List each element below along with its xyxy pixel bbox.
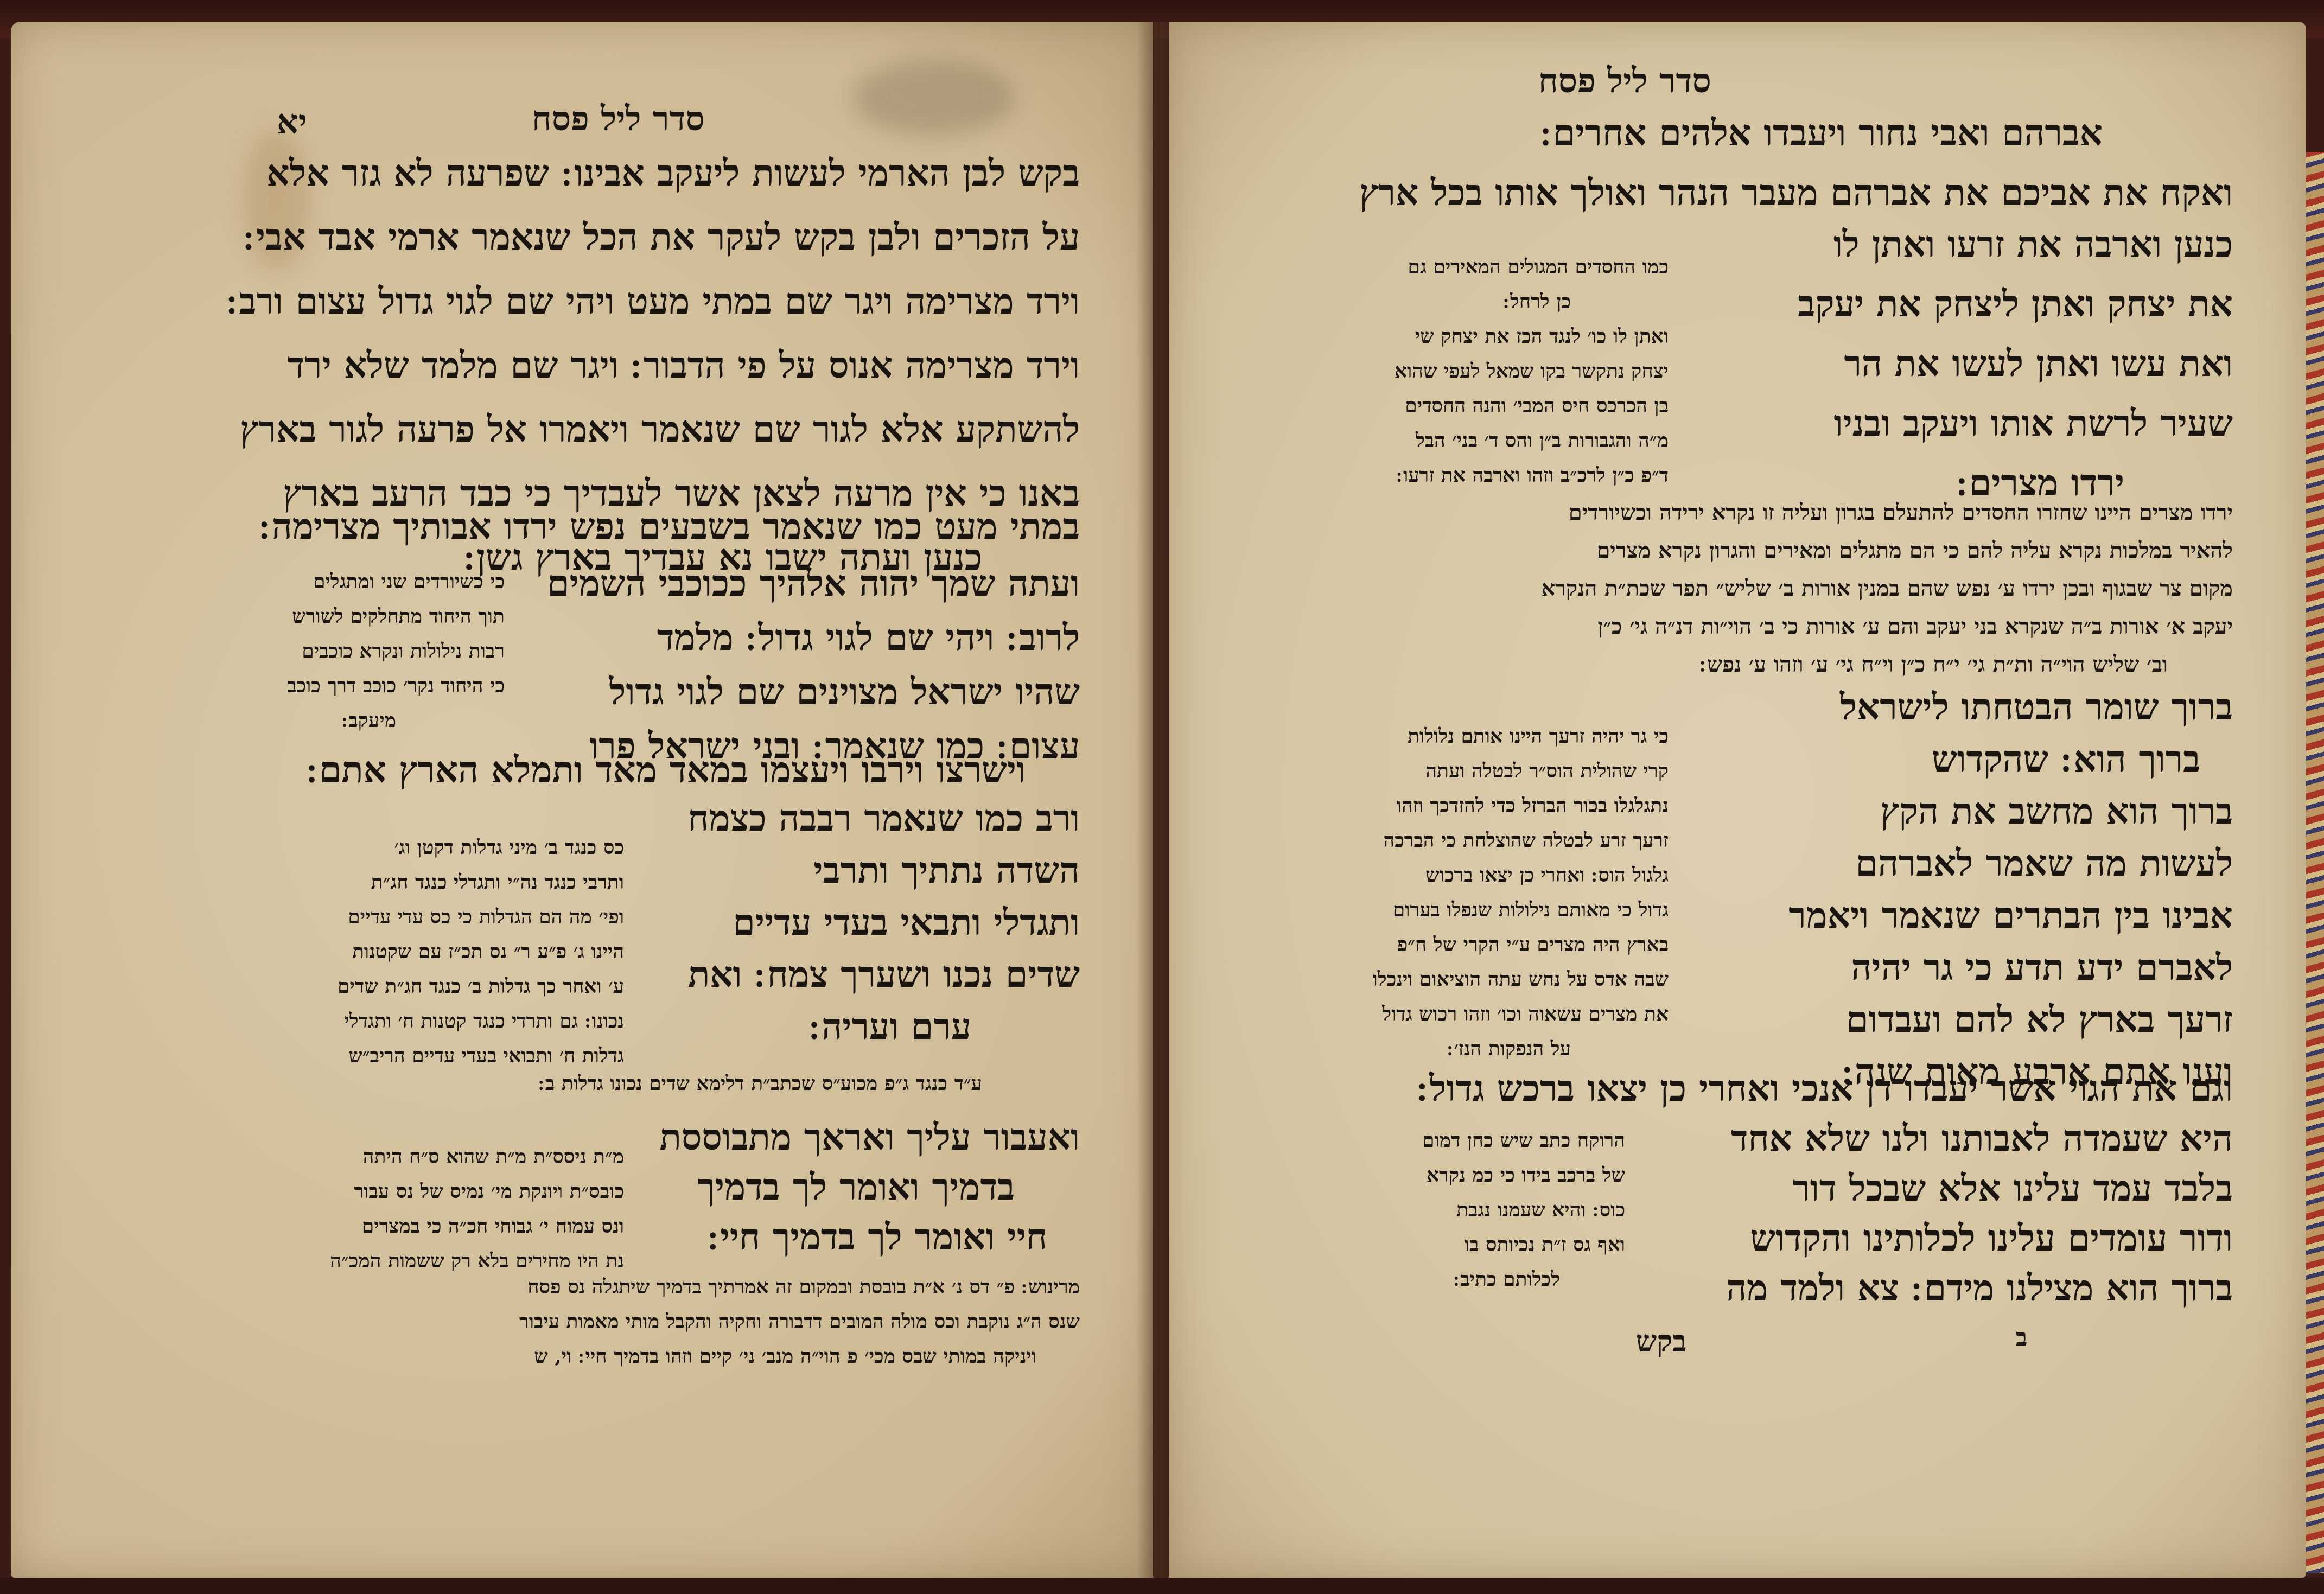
text-line: על הזכרים ולבן בקש לעקר את הכל שנאמר ארמ… — [190, 205, 1080, 269]
text-line: אברהם ואבי נחור ויעבדו אלהים אחרים ׃ — [1289, 103, 2233, 163]
comment-line: גלגול הוס ׃ ואחרי כן יצאו ברכוש — [1289, 858, 1669, 892]
text-line: וירד מצרימה אנוס על פי הדבור ׃ ויגר שם מ… — [190, 333, 1080, 397]
open-book: יא סדר ליל פסח בקש לבן הארמי לעשות ליעקב… — [0, 0, 2324, 1594]
comment-line: כס כנגד ב׳ מיני גדלות דקטן וג׳ — [190, 830, 624, 865]
comment-line: לכלותם כתיב ׃ — [1289, 1262, 1625, 1297]
main-text-block-2: במתי מעט כמו שנאמר בשבעים נפש ירדו אבותי… — [190, 499, 1080, 553]
main-text-block-3a: וגם את הגוי אשר יעבדו דן אנכי ואחרי כן י… — [1348, 1063, 2233, 1113]
main-text-block-3: ורב כמו שנאמר רבבה כצמח השדה נתתיך ותרבי… — [635, 792, 1080, 1053]
comment-line: מרינוש ׃ פ״ דס נ׳ א״ת בובסת ובמקום זה אמ… — [190, 1270, 1080, 1304]
comment-line: מ״ת ניסס״ת מ״ת שהוא ס״ח היתה — [190, 1139, 624, 1174]
comment-line: ויניקה במותי שבס מכי׳ פ הוי״ה מנב׳ ני׳ ק… — [190, 1339, 1080, 1374]
running-head: סדר ליל פסח — [1538, 61, 1711, 101]
text-line: וירד מצרימה ויגר שם במתי מעט ויהי שם לגו… — [190, 269, 1080, 333]
comment-line: זרעך זרע לבטלה שהוצלחת כי הברכה — [1289, 823, 1669, 858]
text-line: לאברם ידע תדע כי גר יהיה — [1679, 941, 2233, 993]
text-line: וגם את הגוי אשר יעבדו דן אנכי ואחרי כן י… — [1348, 1063, 2233, 1113]
comment-line: רבות נילולות ונקרא כוכבים — [190, 634, 505, 668]
comment-line: הרוקח כתב שיש כחן דמום — [1289, 1123, 1625, 1158]
main-text-block-1: אברהם ואבי נחור ויעבדו אלהים אחרים ׃ ואק… — [1289, 103, 2233, 222]
text-line: ודור עומדים עלינו לכלותינו והקדוש — [1636, 1213, 2233, 1263]
comment-line: כובס״ת ויונקת מי׳ נמיס של נס עבור — [190, 1174, 624, 1209]
text-line: בלבד עמד עלינו אלא שבכל דור — [1636, 1163, 2233, 1213]
comment-line: ד״פ כ״ן לרכ״ב וזהו וארבה את זרעו ׃ — [1289, 458, 1669, 493]
text-line: היא שעמדה לאבותנו ולנו שלא אחד — [1636, 1113, 2233, 1163]
text-line: ואת עשו ואתן לעשו את הר — [1674, 334, 2233, 393]
comment-line: כוס ׃ והיא שעמנו נגבת — [1289, 1193, 1625, 1227]
comment-line: ונס עמוח י׳ גבוחי חכ״ה כי במצרים — [190, 1209, 624, 1244]
comment-line: כן לרחל ׃ — [1289, 284, 1669, 319]
commentary-block-2: כי כשיורדים שני ומתגלים תוך היחוד מתחלקי… — [190, 564, 505, 738]
comment-line: ואתן לו כו׳ לנגד הכז את יצחק שי — [1289, 319, 1669, 354]
comment-line: יעקב א׳ אורות ב״ה שנקרא בני יעקב והם ע׳ … — [1289, 608, 2233, 646]
text-line: ואעבור עליך ואראך מתבוססת — [629, 1112, 1080, 1162]
book-cover-bottom — [0, 1578, 2324, 1594]
text-line: לרוב ׃ ויהי שם לגוי גדול ׃ מלמד — [515, 610, 1080, 665]
text-line: ברוך הוא מצילנו מידם ׃ צא ולמד מה — [1636, 1263, 2233, 1313]
text-line: ועתה שמך יהוה אלהיך ככוכבי השמים — [515, 556, 1080, 610]
comment-line: כמו החסדים המגולים המאירים גם — [1289, 250, 1669, 284]
text-line: במתי מעט כמו שנאמר בשבעים נפש ירדו אבותי… — [190, 499, 1080, 553]
comment-line: ע׳ ואחר כך גדלות ב׳ כנגד חג״ת שדים — [190, 969, 624, 1004]
commentary-block-2: כי גר יהיה זרעך היינו אותם נלולות קרי שה… — [1289, 719, 1669, 1066]
comment-line: שנס ה״ג נוקבת וכס מולה המובים דדבורה וחק… — [190, 1304, 1080, 1339]
text-line: השדה נתתיך ותרבי — [635, 844, 1080, 896]
signature-mark: ב — [2016, 1324, 2027, 1351]
comment-line: ירדו מצרים היינו שחזרו החסדים להתעלם בגר… — [1289, 494, 2233, 532]
comment-line: ע״ד כנגד ג״פ מכוע״ס שכתב״ת דלימא שדים נכ… — [293, 1066, 982, 1101]
comment-line: מיעקב ׃ — [190, 703, 505, 738]
comment-line: מ״ה והגבורות ב״ן והס ד׳ בני׳ הבל — [1289, 423, 1669, 458]
comment-line: ותרבי כנגד נה״י ותגדלי כנגד חג״ת — [190, 865, 624, 900]
commentary-block-3-tail: ע״ד כנגד ג״פ מכוע״ס שכתב״ת דלימא שדים נכ… — [293, 1066, 982, 1101]
comment-line: כי כשיורדים שני ומתגלים — [190, 564, 505, 599]
comment-line: נכונו ׃ גם ותרדי כנגד קטנות ח׳ ותגדלי — [190, 1004, 624, 1038]
main-text-block-4: ואעבור עליך ואראך מתבוססת בדמיך ואומר לך… — [629, 1112, 1080, 1262]
text-line: שעיר לרשת אותו ויעקב ובניו — [1674, 393, 2233, 453]
text-line: ברוך שומר הבטחתו לישראל — [1679, 681, 2233, 733]
text-line: ותגדלי ותבאי בעדי עדיים — [635, 896, 1080, 948]
comment-line: כי היחוד נקר׳ כוכב דרך כוכב — [190, 668, 505, 703]
main-text-block-3: היא שעמדה לאבותנו ולנו שלא אחד בלבד עמד … — [1636, 1113, 2233, 1313]
folio-number: יא — [277, 102, 307, 142]
text-line: זרעך בארץ לא להם ועבדום — [1679, 993, 2233, 1045]
text-line: בקש לבן הארמי לעשות ליעקב אבינו ׃ שפרעה … — [190, 141, 1080, 205]
main-text-block-2: ברוך שומר הבטחתו לישראל ברוך הוא ׃ שהקדו… — [1679, 681, 2233, 1098]
text-line: לעשות מה שאמר לאברהם — [1679, 837, 2233, 889]
comment-line: בן הכרכס חיס המבי׳ והנה החסדים — [1289, 388, 1669, 423]
comment-line: ופי׳ מה הם הגדלות כי כס עדי עדיים — [190, 900, 624, 934]
commentary-block-3: הרוקח כתב שיש כחן דמום של ברכב בידו כי כ… — [1289, 1123, 1625, 1297]
comment-line: תוך היחוד מתחלקים לשורש — [190, 599, 505, 634]
comment-line: גדול כי מאותם נילולות שנפלו בערום — [1289, 892, 1669, 927]
comment-line: מקום צר שבגוף ובכן ירדו ע׳ נפש שהם במנין… — [1289, 570, 2233, 608]
comment-line: יצחק נתקשר בקו שמאל לעפי שהוא — [1289, 354, 1669, 388]
running-head: סדר ליל פסח — [532, 99, 705, 139]
comment-line: להאיר במלכות נקרא עליה להם כי הם מתגלים … — [1289, 532, 2233, 570]
comment-line: היינו ג׳ פ״ע ר״ נס תכ״ז עם שקטנות — [190, 934, 624, 969]
text-line: שהיו ישראל מצוינים שם לגוי גדול — [515, 665, 1080, 719]
comment-line: קרי שהולית הוס״ר לבטלה ועתה — [1289, 754, 1669, 788]
text-line: ואקח את אביכם את אברהם מעבר הנהר ואולך א… — [1289, 163, 2233, 222]
text-line: ערם ועריה ׃ — [635, 1000, 1080, 1053]
left-page: יא סדר ליל פסח בקש לבן הארמי לעשות ליעקב… — [11, 22, 1153, 1578]
comment-line: בארץ היה מצרים ע״י הקרי של ח״פ — [1289, 927, 1669, 962]
comment-line: וב׳ שליש הוי״ה ות״ת גי׳ י״ח כ״ן וי״ח גי׳… — [1289, 646, 2233, 684]
comment-line: על הנפקות הנז׳ ׃ — [1289, 1031, 1669, 1066]
text-line: שדים נכנו ושערך צמח ׃ ואת — [635, 948, 1080, 1000]
catchword: בקש — [1636, 1324, 1686, 1359]
right-page: סדר ליל פסח אברהם ואבי נחור ויעבדו אלהים… — [1169, 22, 2306, 1578]
comment-line: נתגלגלו בכור הברזל כדי להזדכך וזהו — [1289, 788, 1669, 823]
text-line: אבינו בין הבתרים שנאמר ויאמר — [1679, 889, 2233, 941]
text-line: להשתקע אלא לגור שם שנאמר ויאמרו אל פרעה … — [190, 397, 1080, 461]
ink-stain — [852, 60, 1015, 136]
text-line: ברוך הוא ׃ שהקדוש — [1679, 733, 2233, 785]
comment-line: את מצרים עשאוה וכו׳ וזהו רכוש גדול — [1289, 997, 1669, 1031]
text-line: בדמיך ואומר לך בדמיך — [629, 1162, 1080, 1212]
text-line: ברוך הוא מחשב את הקץ — [1679, 785, 2233, 837]
text-line: ורב כמו שנאמר רבבה כצמח — [635, 792, 1080, 844]
main-text-block-1b: כנען וארבה את זרעו ואתן לו את יצחק ואתן … — [1674, 214, 2233, 513]
wide-commentary: ירדו מצרים היינו שחזרו החסדים להתעלם בגר… — [1289, 494, 2233, 684]
comment-line: של ברכב בידו כי כמ נקרא — [1289, 1158, 1625, 1193]
comment-line: שבה אדס על נחש עתה הוציאום וינכלו — [1289, 962, 1669, 997]
commentary-block-4: מ״ת ניסס״ת מ״ת שהוא ס״ח היתה כובס״ת ויונ… — [190, 1139, 624, 1278]
commentary-block-3: כס כנגד ב׳ מיני גדלות דקטן וג׳ ותרבי כנג… — [190, 830, 624, 1073]
bottom-commentary: מרינוש ׃ פ״ דס נ׳ א״ת בובסת ובמקום זה אמ… — [190, 1270, 1080, 1374]
comment-line: ואף גס ז״ת נכיותס בו — [1289, 1227, 1625, 1262]
text-line: כנען וארבה את זרעו ואתן לו — [1674, 214, 2233, 274]
commentary-block-1: כמו החסדים המגולים המאירים גם כן לרחל ׃ … — [1289, 250, 1669, 493]
text-line: את יצחק ואתן ליצחק את יעקב — [1674, 274, 2233, 334]
text-line: חיי ואומר לך בדמיך חיי ׃ — [629, 1212, 1080, 1262]
comment-line: כי גר יהיה זרעך היינו אותם נלולות — [1289, 719, 1669, 754]
